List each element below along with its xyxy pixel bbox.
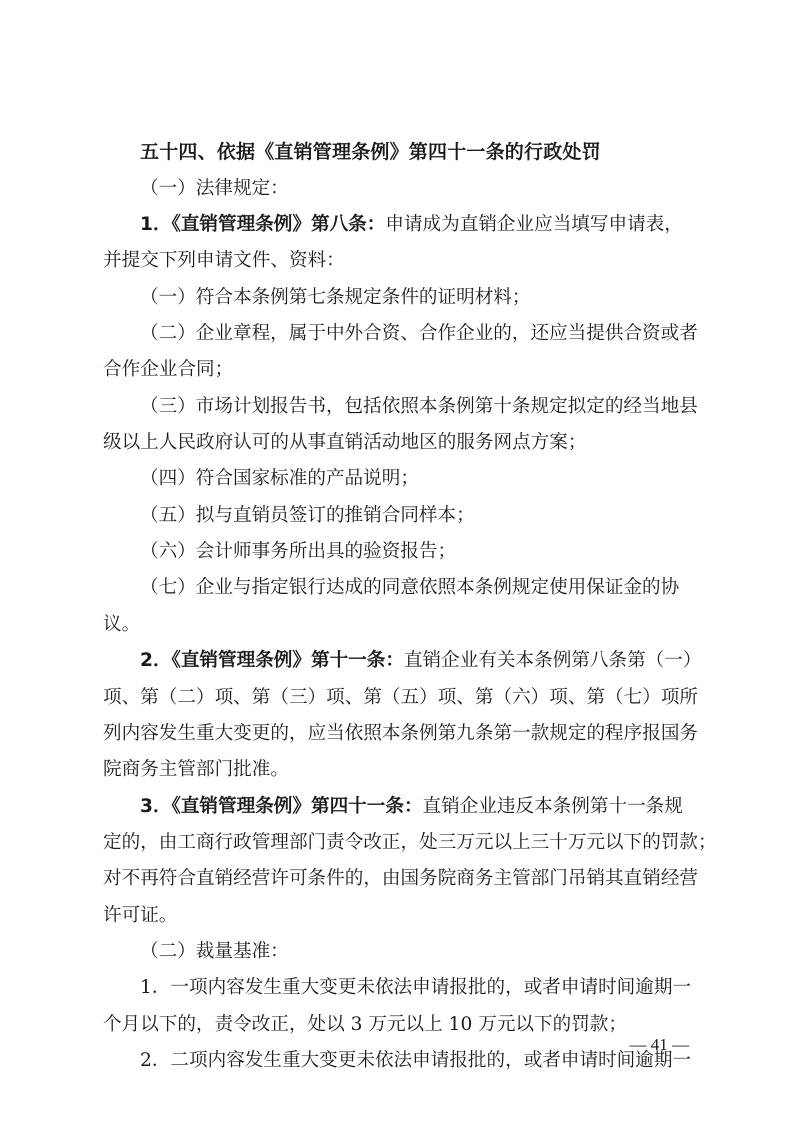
subsection-title-discretion-criteria: （二）裁量基准： [140, 940, 289, 964]
article-41-first-line: 3．《直销管理条例》第四十一条：直销企业违反本条例第十一条规 [140, 795, 683, 819]
article-11-line-2: 项、第（二）项、第（三）项、第（五）项、第（六）项、第（七）项所 [103, 686, 698, 710]
article-8-item-6: （六）会计师事务所出具的验资报告； [140, 540, 456, 564]
article-11-first-line: 2．《直销管理条例》第十一条：直销企业有关本条例第八条第（一） [140, 649, 701, 673]
article-41-lead: 3．《直销管理条例》第四十一条： [140, 796, 423, 817]
article-8-text: 申请成为直销企业应当填写申请表， [385, 214, 683, 235]
article-8-item-3: （三）市场计划报告书，包括依照本条例第十条规定拟定的经当地县 [140, 395, 698, 419]
article-8-lead: 1．《直销管理条例》第八条： [140, 214, 385, 235]
section-heading: 五十四、依据《直销管理条例》第四十一条的行政处罚 [140, 140, 601, 164]
article-8-second-line: 并提交下列申请文件、资料： [103, 249, 345, 273]
article-41-line-4: 许可证。 [103, 904, 177, 928]
article-8-item-1: （一）符合本条例第七条规定条件的证明材料； [140, 286, 530, 310]
criterion-1-cont: 个月以下的，责令改正，处以 3 万元以上 10 万元以下的罚款； [103, 1013, 627, 1037]
article-11-text: 直销企业有关本条例第八条第（一） [404, 650, 702, 671]
page-number: — 41 — [630, 1035, 690, 1055]
article-41-text: 直销企业违反本条例第十一条规 [423, 796, 683, 817]
article-41-line-3: 对不再符合直销经营许可条件的，由国务院商务主管部门吊销其直销经营 [103, 867, 698, 891]
criterion-2: 2．二项内容发生重大变更未依法申请报批的，或者申请时间逾期一 [140, 1049, 691, 1073]
article-11-lead: 2．《直销管理条例》第十一条： [140, 650, 404, 671]
article-8-first-line: 1．《直销管理条例》第八条：申请成为直销企业应当填写申请表， [140, 213, 683, 237]
article-8-item-2: （二）企业章程，属于中外合资、合作企业的，还应当提供合资或者 [140, 322, 698, 346]
article-8-item-3-cont: 级以上人民政府认可的从事直销活动地区的服务网点方案； [103, 431, 586, 455]
article-8-item-5: （五）拟与直销员签订的推销合同样本； [140, 504, 475, 528]
article-8-item-7-cont: 议。 [103, 613, 140, 637]
article-8-item-2-cont: 合作企业合同； [103, 358, 233, 382]
article-11-line-3: 列内容发生重大变更的，应当依照本条例第九条第一款规定的程序报国务 [103, 722, 698, 746]
article-8-item-4: （四）符合国家标准的产品说明； [140, 467, 419, 491]
article-8-item-7: （七）企业与指定银行达成的同意依照本条例规定使用保证金的协 [140, 576, 679, 600]
article-11-line-4: 院商务主管部门批准。 [103, 758, 289, 782]
subsection-title-legal-provisions: （一）法律规定： [140, 177, 289, 201]
article-41-line-2: 定的，由工商行政管理部门责令改正，处三万元以上三十万元以下的罚款； [103, 831, 717, 855]
criterion-1: 1．一项内容发生重大变更未依法申请报批的，或者申请时间逾期一 [140, 976, 691, 1000]
